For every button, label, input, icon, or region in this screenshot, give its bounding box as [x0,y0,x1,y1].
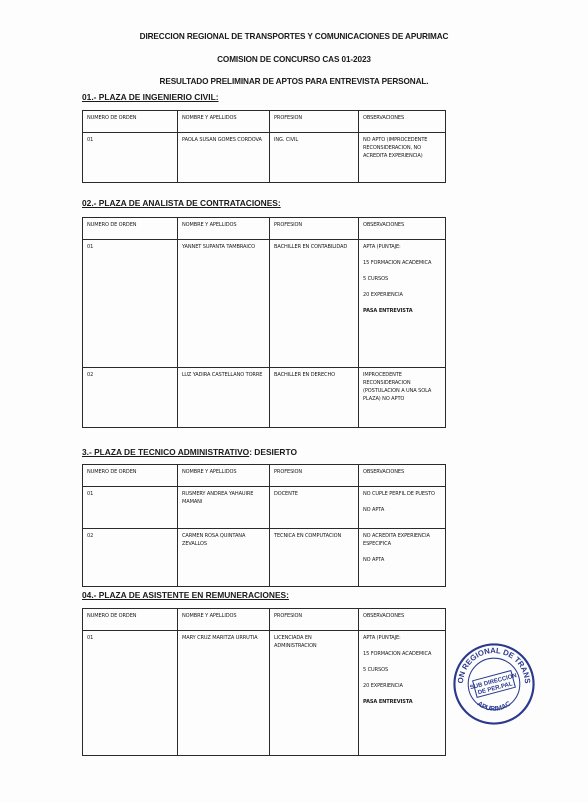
table-row: 01YANNET SUPANTA TAMBRAICOBACHILLER EN C… [83,240,446,368]
column-header: NOMBRE Y APELLIDOS [178,218,270,240]
column-header: PROFESION [270,465,359,487]
cell-profesion: BACHILLER EN CONTABILIDAD [270,240,359,368]
section-status: : DESIERTO [249,447,297,457]
observation-line: NO APTA [363,506,441,514]
column-header: NUMERO DE ORDEN [83,111,178,133]
results-table: NUMERO DE ORDENNOMBRE Y APELLIDOSPROFESI… [82,464,446,587]
cell-orden: 01 [83,133,178,183]
cell-orden: 02 [83,529,178,587]
cell-profesion: DOCENTE [270,487,359,529]
observation-line: 5 CURSOS [363,275,441,283]
section-title-text: 04.- PLAZA DE ASISTENTE EN REMUNERACIONE… [82,590,289,600]
results-table: NUMERO DE ORDENNOMBRE Y APELLIDOSPROFESI… [82,110,446,183]
column-header: NUMERO DE ORDEN [83,218,178,240]
cell-observaciones: IMPROCEDENTE RECONSIDERACION (POSTULACIO… [359,368,446,428]
observation-line: NO ACREDITA EXPERIENCIA ESPECIFICA [363,532,441,548]
observation-line: PASA ENTREVISTA [363,698,441,706]
column-header: OBSERVACIONES [359,218,446,240]
cell-nombre: YANNET SUPANTA TAMBRAICO [178,240,270,368]
observation-line: NO APTA [363,556,441,564]
section-title: 02.- PLAZA DE ANALISTA DE CONTRATACIONES… [82,198,281,208]
observation-line: APTA (PUNTAJE: [363,634,441,642]
column-header: NOMBRE Y APELLIDOS [178,111,270,133]
table-header-row: NUMERO DE ORDENNOMBRE Y APELLIDOSPROFESI… [83,218,446,240]
cell-nombre: LUZ YADIRA CASTELLANO TORRE [178,368,270,428]
table-row: 02LUZ YADIRA CASTELLANO TORREBACHILLER E… [83,368,446,428]
cell-profesion: TECNICA EN COMPUTACION [270,529,359,587]
observation-line: NO CUPLE PERFIL DE PUESTO [363,490,441,498]
table-row: 01MARY CRUZ MARITZA URRUTIALICENCIADA EN… [83,631,446,756]
observation-line: APTA (PUNTAJE: [363,243,441,251]
cell-orden: 02 [83,368,178,428]
results-table: NUMERO DE ORDENNOMBRE Y APELLIDOSPROFESI… [82,217,446,428]
column-header: OBSERVACIONES [359,111,446,133]
column-header: NUMERO DE ORDEN [83,609,178,631]
header-result-title: RESULTADO PRELIMINAR DE APTOS PARA ENTRE… [0,77,588,86]
cell-nombre: MARY CRUZ MARITZA URRUTIA [178,631,270,756]
cell-observaciones: NO CUPLE PERFIL DE PUESTONO APTA [359,487,446,529]
cell-nombre: RUSMERY ANDREA YAHAUIRE MAMANI [178,487,270,529]
column-header: NOMBRE Y APELLIDOS [178,465,270,487]
cell-nombre: PAOLA SUSAN GOMES CORDOVA [178,133,270,183]
column-header: PROFESION [270,218,359,240]
cell-profesion: LICENCIADA EN ADMINISTRACION [270,631,359,756]
column-header: PROFESION [270,609,359,631]
observation-line: 5 CURSOS [363,666,441,674]
cell-nombre: CARMEN ROSA QUINTANA ZEVALLOS [178,529,270,587]
observation-line: 20 EXPERIENCIA [363,291,441,299]
section-title-text: 01.- PLAZA DE INGENIERIO CIVIL: [82,92,219,102]
table-row: 02CARMEN ROSA QUINTANA ZEVALLOSTECNICA E… [83,529,446,587]
svg-text:APURIMAC: APURIMAC [476,700,513,713]
section-title-text: 3.- PLAZA DE TECNICO ADMINISTRATIVO [82,447,249,457]
cell-profesion: BACHILLER EN DERECHO [270,368,359,428]
official-stamp-icon: DIRECCION REGIONAL DE TRANSPORTES APURIM… [451,641,537,727]
table-header-row: NUMERO DE ORDENNOMBRE Y APELLIDOSPROFESI… [83,465,446,487]
svg-text:DIRECCION REGIONAL DE TRANSPOR: DIRECCION REGIONAL DE TRANSPORTES [451,641,532,684]
observation-line: 20 EXPERIENCIA [363,682,441,690]
cell-observaciones: NO APTO (IMPROCEDENTE RECONSIDERACION, N… [359,133,446,183]
section-title-text: 02.- PLAZA DE ANALISTA DE CONTRATACIONES… [82,198,281,208]
table-row: 01RUSMERY ANDREA YAHAUIRE MAMANIDOCENTEN… [83,487,446,529]
cell-observaciones: NO ACREDITA EXPERIENCIA ESPECIFICANO APT… [359,529,446,587]
section-title: 04.- PLAZA DE ASISTENTE EN REMUNERACIONE… [82,590,289,600]
cell-profesion: ING. CIVIL [270,133,359,183]
section-title: 3.- PLAZA DE TECNICO ADMINISTRATIVO: DES… [82,447,297,457]
section-title: 01.- PLAZA DE INGENIERIO CIVIL: [82,92,219,102]
table-header-row: NUMERO DE ORDENNOMBRE Y APELLIDOSPROFESI… [83,111,446,133]
column-header: NOMBRE Y APELLIDOS [178,609,270,631]
cell-observaciones: APTA (PUNTAJE:15 FORMACION ACADEMICA5 CU… [359,240,446,368]
column-header: OBSERVACIONES [359,465,446,487]
header-commission: COMISION DE CONCURSO CAS 01-2023 [0,55,588,64]
observation-line: 15 FORMACION ACADEMICA [363,650,441,658]
column-header: NUMERO DE ORDEN [83,465,178,487]
observation-line: IMPROCEDENTE RECONSIDERACION (POSTULACIO… [363,371,441,403]
observation-line: PASA ENTREVISTA [363,307,441,315]
cell-orden: 01 [83,240,178,368]
cell-orden: 01 [83,631,178,756]
cell-observaciones: APTA (PUNTAJE:15 FORMACION ACADEMICA5 CU… [359,631,446,756]
column-header: PROFESION [270,111,359,133]
table-header-row: NUMERO DE ORDENNOMBRE Y APELLIDOSPROFESI… [83,609,446,631]
header-institution: DIRECCION REGIONAL DE TRANSPORTES Y COMU… [0,32,588,41]
cell-orden: 01 [83,487,178,529]
results-table: NUMERO DE ORDENNOMBRE Y APELLIDOSPROFESI… [82,608,446,756]
observation-line: 15 FORMACION ACADEMICA [363,259,441,267]
table-row: 01PAOLA SUSAN GOMES CORDOVAING. CIVILNO … [83,133,446,183]
observation-line: NO APTO (IMPROCEDENTE RECONSIDERACION, N… [363,136,441,160]
column-header: OBSERVACIONES [359,609,446,631]
